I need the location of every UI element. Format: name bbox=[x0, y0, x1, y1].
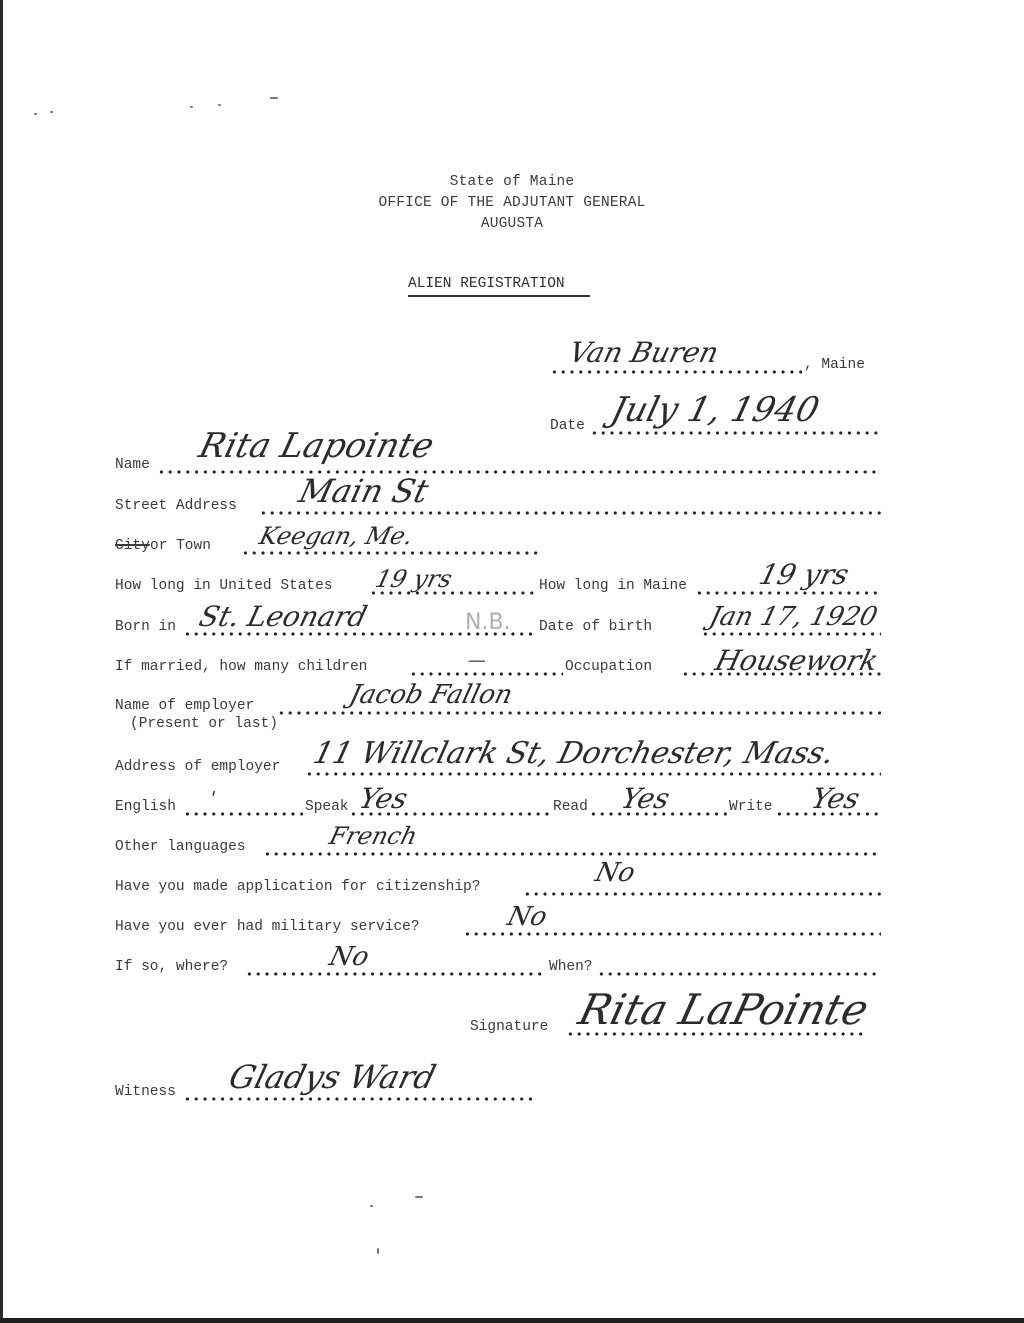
read-label: Read bbox=[553, 799, 588, 815]
place-suffix: , Maine bbox=[804, 357, 865, 373]
scan-speck bbox=[34, 113, 37, 115]
fill-dots bbox=[183, 812, 303, 816]
scan-speck bbox=[218, 104, 221, 106]
witness-value: Gladys Ward bbox=[225, 1058, 439, 1096]
scan-edge-bottom bbox=[0, 1318, 1024, 1323]
title-underline bbox=[408, 295, 590, 297]
header-city: AUGUSTA bbox=[0, 216, 1024, 232]
city-label-struck: City bbox=[115, 538, 150, 554]
date-label: Date bbox=[550, 418, 585, 434]
fill-dots bbox=[183, 1097, 533, 1101]
citizenship-line: Have you made application for citizenshi… bbox=[115, 879, 885, 899]
name-label: Name bbox=[115, 457, 150, 473]
street-address-line: Street Address bbox=[115, 498, 885, 518]
signature-value: Rita LaPointe bbox=[574, 985, 874, 1034]
fill-dots bbox=[463, 932, 881, 936]
name-value: Rita Lapointe bbox=[195, 426, 438, 466]
date-of-birth-value: Jan 17, 1920 bbox=[706, 602, 880, 632]
fill-dots bbox=[263, 852, 881, 856]
witness-label: Witness bbox=[115, 1084, 176, 1100]
employer-name-sublabel: (Present or last) bbox=[130, 716, 278, 732]
years-in-us-value: 19 yrs bbox=[373, 565, 455, 593]
fill-dots bbox=[590, 431, 880, 435]
header-state: State of Maine bbox=[0, 174, 1024, 190]
where-value: No bbox=[326, 942, 372, 972]
born-in-stamp: N.B. bbox=[465, 610, 511, 635]
scan-speck bbox=[370, 1205, 373, 1207]
signature-label: Signature bbox=[470, 1019, 548, 1035]
speak-label: Speak bbox=[305, 799, 349, 815]
date-value: July 1, 1940 bbox=[607, 390, 823, 430]
town-label: or Town bbox=[150, 538, 211, 554]
city-value: Keegan, Me. bbox=[257, 522, 416, 550]
fill-dots bbox=[409, 672, 563, 676]
scan-speck bbox=[415, 1196, 423, 1198]
employer-address-label: Address of employer bbox=[115, 759, 280, 775]
scan-speck bbox=[270, 97, 278, 99]
military-label: Have you ever had military service? bbox=[115, 919, 420, 935]
fill-dots bbox=[157, 470, 881, 474]
scan-speck bbox=[377, 1248, 379, 1254]
born-in-value: St. Leonard bbox=[196, 600, 371, 633]
citizenship-value: No bbox=[592, 858, 638, 888]
military-line: Have you ever had military service? bbox=[115, 919, 885, 939]
header-office: OFFICE OF THE ADJUTANT GENERAL bbox=[0, 195, 1024, 211]
years-in-us-label: How long in United States bbox=[115, 578, 333, 594]
employer-address-value: 11 Willclark St, Dorchester, Mass. bbox=[310, 736, 838, 771]
read-value: Yes bbox=[618, 782, 673, 815]
street-address-label: Street Address bbox=[115, 498, 237, 514]
scan-speck bbox=[50, 111, 53, 113]
english-label: English bbox=[115, 799, 176, 815]
date-of-birth-label: Date of birth bbox=[539, 619, 652, 635]
write-label: Write bbox=[729, 799, 773, 815]
english-line: English Speak Read Write bbox=[115, 799, 885, 819]
fill-dots bbox=[597, 972, 881, 976]
when-label: When? bbox=[549, 959, 593, 975]
place-value: Van Buren bbox=[566, 336, 722, 369]
employer-name-label: Name of employer bbox=[115, 698, 254, 714]
years-in-maine-label: How long in Maine bbox=[539, 578, 687, 594]
years-in-maine-value: 19 yrs bbox=[756, 558, 852, 591]
fill-dots bbox=[241, 551, 541, 555]
write-value: Yes bbox=[808, 782, 863, 815]
occupation-label: Occupation bbox=[565, 659, 652, 675]
where-label: If so, where? bbox=[115, 959, 228, 975]
scan-speck bbox=[190, 106, 193, 108]
born-in-label: Born in bbox=[115, 619, 176, 635]
where-when-line: If so, where? When? bbox=[115, 959, 885, 979]
fill-dots bbox=[695, 591, 881, 595]
fill-dots bbox=[245, 972, 547, 976]
fill-dots bbox=[259, 511, 881, 515]
fill-dots bbox=[550, 370, 802, 374]
fill-dots bbox=[277, 711, 881, 715]
other-languages-value: French bbox=[327, 822, 421, 850]
occupation-value: Housework bbox=[712, 644, 882, 677]
document-title: ALIEN REGISTRATION bbox=[408, 276, 565, 292]
fill-dots bbox=[523, 892, 881, 896]
military-value: No bbox=[504, 902, 550, 932]
fill-dots bbox=[701, 632, 881, 636]
speak-value: Yes bbox=[356, 782, 411, 815]
other-languages-label: Other languages bbox=[115, 839, 246, 855]
other-languages-line: Other languages bbox=[115, 839, 885, 859]
citizenship-label: Have you made application for citizenshi… bbox=[115, 879, 480, 895]
children-label: If married, how many children bbox=[115, 659, 367, 675]
street-address-value: Main St bbox=[295, 472, 432, 510]
employer-name-value: Jacob Fallon bbox=[346, 680, 515, 710]
fill-dots bbox=[305, 772, 881, 776]
